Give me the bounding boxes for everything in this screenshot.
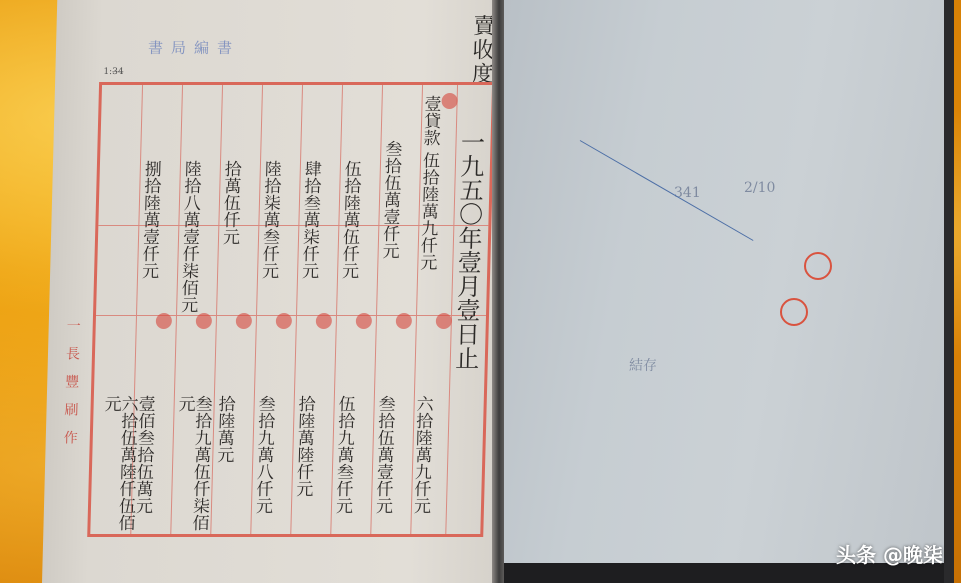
- ledger-entry: 叁拾九萬伍仟柒佰元: [172, 395, 210, 534]
- ledger-entry: 六拾陸萬九仟元: [411, 395, 431, 514]
- grid-line: [210, 85, 223, 534]
- ledger-entry: 肆拾叁萬柒仟元: [299, 160, 319, 279]
- red-seal-mark: [196, 313, 212, 329]
- margin-printed-text: 一長豐刷作: [59, 318, 83, 458]
- ledger-entry: 捌拾陸萬壹仟元: [139, 160, 159, 279]
- ledger-entry: 壹貸款 伍拾陸萬九仟元: [417, 95, 439, 270]
- ledger-entry: 伍拾陸萬伍仟元: [339, 160, 359, 279]
- watermark: 头条 @晚柒: [836, 539, 943, 568]
- red-circle-seal: [804, 252, 832, 280]
- red-seal-mark: [396, 313, 412, 329]
- pencil-note: 結存: [629, 355, 657, 375]
- ledger-grid: 一九五〇年壹月壹日止 壹貸款 伍拾陸萬九仟元 叁拾伍萬壹仟元 伍拾陸萬伍仟元 肆…: [87, 82, 495, 537]
- page-number-note: 1:3̶4̶: [103, 67, 123, 77]
- ledger-entry: 六拾伍萬陸仟伍佰元: [98, 395, 136, 534]
- ledger-entry: 拾萬伍仟元: [220, 160, 239, 245]
- red-seal-mark: [441, 93, 457, 109]
- red-seal-mark: [356, 313, 372, 329]
- ledger-book: 書局編書 1:3̶4̶ 賣收度 一長豐刷作 一九五〇年壹月壹日止 壹貸款 伍拾陸…: [42, 0, 947, 583]
- ledger-entry: 拾陸萬陸仟元: [293, 395, 313, 497]
- ledger-entry: 叁拾九萬八仟元: [253, 395, 273, 514]
- ledger-entry: 伍拾九萬叁仟元: [333, 395, 353, 514]
- red-seal-mark: [156, 313, 172, 329]
- red-circle-seal: [780, 298, 808, 326]
- ledger-entry: 拾陸萬元: [214, 395, 233, 463]
- ledger-entry: 叁拾伍萬壹仟元: [379, 140, 399, 259]
- red-seal-mark: [236, 313, 252, 329]
- grid-line: [96, 315, 486, 316]
- ledger-entry: 叁拾伍萬壹仟元: [373, 395, 393, 514]
- blue-stamp: 書局編書: [98, 30, 299, 66]
- left-page: 書局編書 1:3̶4̶ 賣收度 一長豐刷作 一九五〇年壹月壹日止 壹貸款 伍拾陸…: [42, 0, 515, 583]
- pencil-note: 341: [674, 185, 701, 201]
- ledger-date: 一九五〇年壹月壹日止: [453, 130, 483, 370]
- ledger-entry: 陸拾柒萬叁仟元: [259, 160, 279, 279]
- pencil-note: 2/10: [744, 180, 775, 196]
- ledger-entry: 陸拾八萬壹仟柒佰元: [178, 160, 199, 313]
- red-seal-mark: [316, 313, 332, 329]
- red-seal-mark: [436, 313, 452, 329]
- right-page: 結存 341 2/10: [504, 0, 954, 583]
- red-seal-mark: [276, 313, 292, 329]
